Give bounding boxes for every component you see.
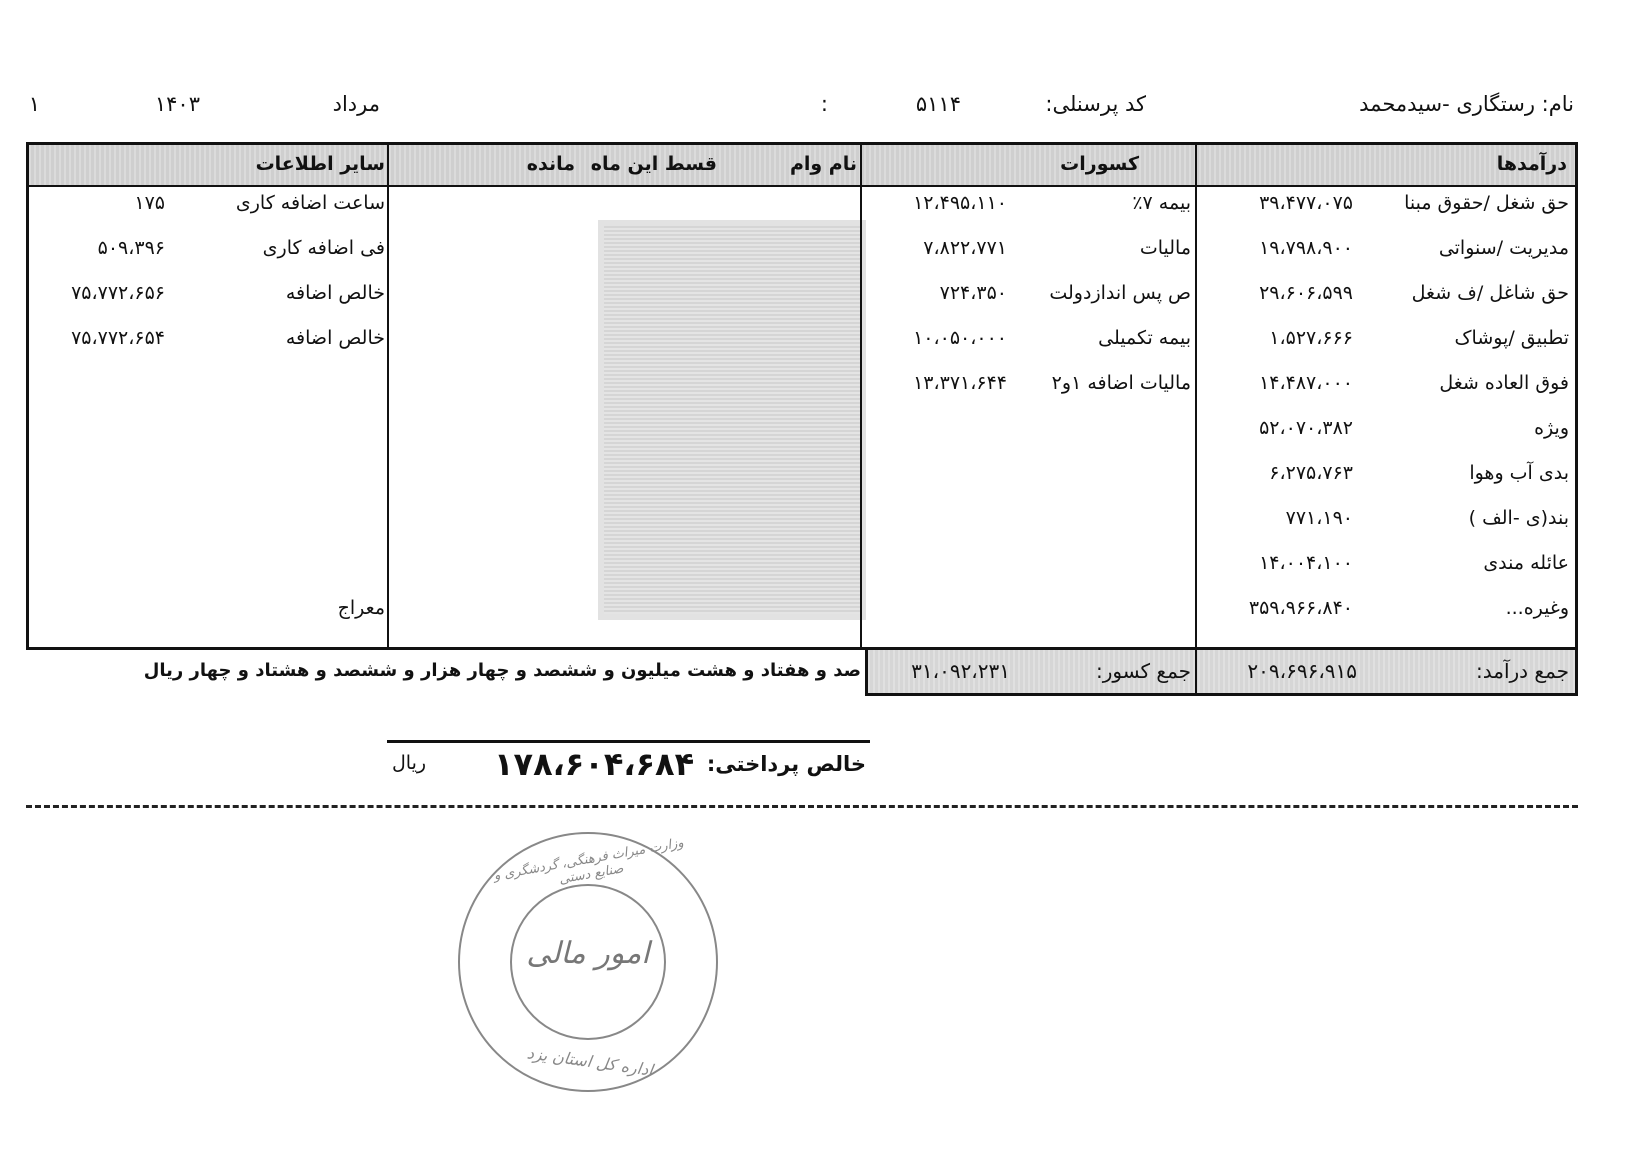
header-installment: قسط این ماه: [591, 153, 717, 175]
income-value: ۵۲،۰۷۰،۳۸۲: [1259, 417, 1353, 439]
deduction-value: ۷،۸۲۲،۷۷۱: [923, 237, 1007, 259]
total-income-value: ۲۰۹،۶۹۶،۹۱۵: [1247, 659, 1357, 683]
loan-name: معراج: [338, 597, 385, 619]
income-label: عائله مندی: [1483, 552, 1569, 574]
total-deductions-value: ۳۱،۰۹۲،۲۳۱: [911, 659, 1010, 683]
other-info-label: خالص اضافه: [286, 327, 385, 349]
stamp-inner-circle: امور مالی: [510, 884, 666, 1040]
totals-row: جمع درآمد: ۲۰۹،۶۹۶،۹۱۵ جمع کسور: ۳۱،۰۹۲،…: [865, 650, 1578, 696]
income-value: ۳۵۹،۹۶۶،۸۴۰: [1249, 597, 1353, 619]
deduction-label: ص پس اندازدولت: [1049, 282, 1191, 304]
income-value: ۲۹،۶۰۶،۵۹۹: [1259, 282, 1353, 304]
page-number: ۱: [29, 92, 40, 116]
income-label: تطبیق /پوشاک: [1455, 327, 1569, 349]
deduction-label: مالیات: [1140, 237, 1191, 259]
header-colon: :: [821, 92, 828, 116]
other-info-value: ۵۰۹،۳۹۶: [98, 237, 165, 259]
amount-in-words: صد و هفتاد و هشت میلیون و ششصد و چهار هز…: [144, 660, 861, 681]
income-value: ۱۹،۷۹۸،۹۰۰: [1259, 237, 1353, 259]
header-remaining: مانده: [527, 153, 575, 175]
divider-loans-other: [387, 145, 389, 650]
personnel-code-label: کد پرسنلی:: [1045, 92, 1146, 116]
net-pay-value: ۱۷۸،۶۰۴،۶۸۴: [494, 745, 694, 783]
deduction-value: ۷۲۴،۳۵۰: [940, 282, 1007, 304]
income-label: حق شغل /حقوق مبنا: [1404, 192, 1569, 214]
deduction-value: ۱۳،۳۷۱،۶۴۴: [913, 372, 1007, 394]
income-label: مدیریت /سنواتی: [1439, 237, 1569, 259]
payslip-table: درآمدها کسورات نام وام قسط این ماه مانده…: [26, 142, 1578, 650]
header-loan-name: نام وام: [790, 153, 857, 175]
name-value: رستگاری -سیدمحمد: [1359, 92, 1535, 116]
income-label: بند(ی -الف ): [1469, 507, 1569, 529]
deduction-value: ۱۲،۴۹۵،۱۱۰: [913, 192, 1007, 214]
other-info-value: ۷۵،۷۷۲،۶۵۴: [71, 327, 165, 349]
personnel-code-value: ۵۱۱۴: [916, 92, 961, 116]
month: مرداد: [333, 92, 380, 116]
totals-divider: [1195, 650, 1197, 693]
stamp-bottom-text: اداره کل استان یزد: [500, 1040, 681, 1084]
employee-name: نام: رستگاری -سیدمحمد: [1359, 92, 1574, 116]
income-value: ۱۴،۰۰۴،۱۰۰: [1259, 552, 1353, 574]
year: ۱۴۰۳: [155, 92, 200, 116]
net-pay-currency: ریال: [392, 752, 426, 774]
deduction-value: ۱۰،۰۵۰،۰۰۰: [913, 327, 1007, 349]
income-value: ۶،۲۷۵،۷۶۳: [1269, 462, 1353, 484]
header-income: درآمدها: [1497, 153, 1567, 175]
income-label: ویژه: [1534, 417, 1569, 439]
income-label: وغیره...: [1506, 597, 1569, 619]
deduction-label: بیمه ۷٪: [1132, 192, 1191, 214]
other-info-label: ساعت اضافه کاری: [236, 192, 385, 214]
net-pay-label: خالص پرداختی:: [707, 752, 866, 776]
other-info-value: ۱۷۵: [134, 192, 165, 214]
deduction-label: بیمه تکمیلی: [1098, 327, 1191, 349]
other-info-value: ۷۵،۷۷۲،۶۵۶: [71, 282, 165, 304]
divider-deductions-loans: [860, 145, 862, 650]
stamp-center-text: امور مالی: [512, 936, 664, 971]
income-value: ۱۴،۴۸۷،۰۰۰: [1259, 372, 1353, 394]
income-label: فوق العاده شغل: [1439, 372, 1569, 394]
header-deductions: کسورات: [1060, 153, 1139, 175]
income-value: ۷۷۱،۱۹۰: [1286, 507, 1353, 529]
other-info-label: خالص اضافه: [286, 282, 385, 304]
divider-income-deductions: [1195, 145, 1197, 685]
total-income-label: جمع درآمد:: [1476, 659, 1569, 683]
deduction-label: مالیات اضافه ۱و۲: [1052, 372, 1191, 394]
header-other-info: سایر اطلاعات: [256, 153, 385, 175]
name-label: نام:: [1542, 92, 1574, 116]
total-deductions-label: جمع کسور:: [1096, 659, 1191, 683]
other-info-label: فی اضافه کاری: [263, 237, 385, 259]
finance-stamp: وزارت میراث فرهنگی، گردشگری و صنایع دستی…: [458, 832, 718, 1092]
net-pay-rule: [387, 740, 870, 743]
income-value: ۱،۵۲۷،۶۶۶: [1269, 327, 1353, 349]
income-label: حق شاغل /ف شغل: [1412, 282, 1569, 304]
cut-line: [26, 805, 1578, 808]
income-value: ۳۹،۴۷۷،۰۷۵: [1259, 192, 1353, 214]
income-label: بدی آب وهوا: [1469, 462, 1569, 484]
